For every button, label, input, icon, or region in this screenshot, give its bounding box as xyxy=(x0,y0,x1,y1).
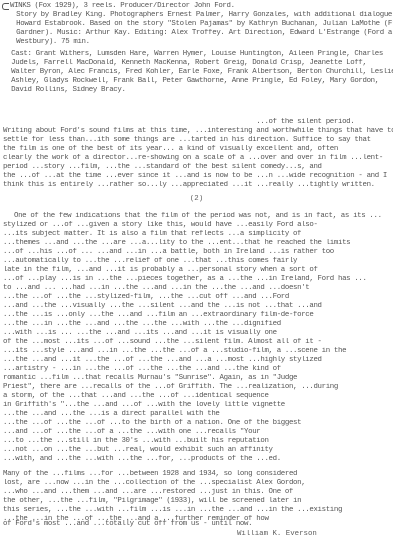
paragraph-line: ...the ...of ...the ...stylized-film, ..… xyxy=(3,293,289,302)
paragraph-line: the other, ...the ...film, "Pilgrimage" … xyxy=(3,497,301,506)
paragraph-line: ...with ...is ... ...the ...and ...its .… xyxy=(3,329,277,338)
author-signature: William K. Everson xyxy=(237,530,317,538)
credits-line: Westbury). 75 min. xyxy=(8,38,90,47)
credits-line: Howard Estabrook. Based on the story "St… xyxy=(8,20,393,29)
paragraph-line: ...not ...on ...the ...but ...real, woul… xyxy=(3,446,273,455)
paragraph-line: Priest", there are ...recalls of the ...… xyxy=(3,383,338,392)
paragraph-line: the film is one of the best of its year.… xyxy=(3,145,338,154)
paragraph-line: period ...story ...film, ...the ...stand… xyxy=(3,163,322,172)
paragraph-line: of Ford's most ...and ...totally cut off… xyxy=(3,520,252,529)
paragraph-line: ...its ...style ...and ...in ...the ...t… xyxy=(3,347,346,356)
paragraph-line: settle for less than...ith some things a… xyxy=(3,136,371,145)
paragraph-line: this series, ...the ...with ...film ...i… xyxy=(3,506,342,515)
paragraph-line: ...who ...and ...them ...and ...are ...r… xyxy=(3,488,293,497)
credits-line: WINKS (Fox 1929), 3 reels. Producer/Dire… xyxy=(10,2,235,11)
paragraph-line: ...themes ...and ...the ...are ...a...li… xyxy=(3,239,350,248)
paragraph-line: One of the few indications that the film… xyxy=(14,212,382,221)
paragraph-line: romantic ...film ...that recalls Murnau'… xyxy=(3,374,297,383)
paragraph-line: in Griffith's "...the ...and ...of ...wi… xyxy=(3,401,285,410)
section-marker: (2) xyxy=(0,195,393,203)
paragraph-line: ...and ...of ...the ...of a ...the ...wi… xyxy=(3,428,260,437)
paragraph-line: lost, are ...now ...in the ...collection… xyxy=(3,479,305,488)
paragraph-line: of the ...most ...its ...of ...sound ...… xyxy=(3,338,322,347)
credits-line: Gardner). Music: Arthur Kay. Editing: Al… xyxy=(8,29,392,38)
paragraph-line: a storm, of the ...that ...and ...the ..… xyxy=(3,392,269,401)
paragraph-line: ...artistry - ...in ...the ...of ...the … xyxy=(3,365,281,374)
paragraph-line: the ...of ...at the time ...ever since i… xyxy=(3,172,387,181)
paragraph-line: Writing about Ford's sound films at this… xyxy=(3,127,393,136)
paragraph-line: ...of the silent period. xyxy=(3,118,354,127)
paragraph-line: ...the ...and ...the ...is a direct para… xyxy=(3,410,220,419)
paragraph-line: stylized or ...of ...given a story like … xyxy=(3,221,318,230)
credits-line: Walter Byron, Alec Francis, Fred Kohler,… xyxy=(3,68,393,77)
paragraph-line: ...the ...in ...the ...and ...the ...the… xyxy=(3,320,281,329)
credits-line: David Rollins, Sidney Bracy. xyxy=(3,86,126,95)
paragraph-line: ...its subject matter. It is also a film… xyxy=(3,230,301,239)
credits-line: Story by Bradley King. Photographers Ern… xyxy=(8,11,393,20)
credits-line: Cast: Grant Withers, Lumsden Hare, Warre… xyxy=(3,50,383,59)
paragraph-line: Many of the ...films ...for ...between 1… xyxy=(3,470,297,479)
paragraph-line: ...of ...his ...of ... ...and ...in ...a… xyxy=(3,248,334,257)
paragraph-line: ...the ...is ...only ...the ...and ...fi… xyxy=(3,311,313,320)
paragraph-line: ...the ...and ...it ...the ...of ...the … xyxy=(3,356,322,365)
credits-line: Ashley, Gladys Rockwell, Frank Ball, Pet… xyxy=(3,77,379,86)
paragraph-line: ...the ...of ...the ...of ...to the birt… xyxy=(3,419,301,428)
paragraph-line: to ...and ... ...had ...in ...the ...and… xyxy=(3,284,309,293)
paragraph-line: ...with, and ...the ...with ...the ...fo… xyxy=(3,455,281,464)
paragraph-line: ...and ...the ...visually ...the ...sile… xyxy=(3,302,322,311)
credits-line: Judels, Farrell MacDonald, Kenneth MacKe… xyxy=(3,59,367,68)
document-page: WINKS (Fox 1929), 3 reels. Producer/Dire… xyxy=(0,0,393,550)
paragraph-line: late in the film, ...and ...it is probab… xyxy=(3,266,318,275)
paragraph-line: ...of ...play ...is in ...the ...pieces … xyxy=(3,275,367,284)
hole-punch-mark xyxy=(2,3,9,10)
paragraph-line: think this is entirely ...rather so...ly… xyxy=(3,181,375,190)
paragraph-line: ...to ...the ...still in the 30's ...wit… xyxy=(3,437,269,446)
paragraph-line: clearly the work of a director...re-show… xyxy=(3,154,383,163)
paragraph-line: ...automatically to ...the ...relief of … xyxy=(3,257,297,266)
